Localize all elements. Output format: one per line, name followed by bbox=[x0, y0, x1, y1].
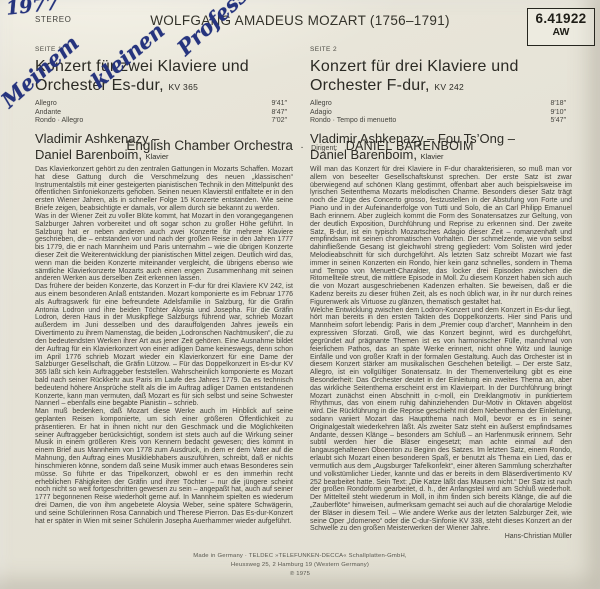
movement-row: Rondo · Tempo di menuetto 5′47″ bbox=[310, 117, 566, 126]
kv-number: KV 242 bbox=[434, 82, 464, 92]
side-label: SEITE 1 bbox=[35, 46, 293, 53]
movement-name: Rondo · Allegro bbox=[35, 117, 83, 126]
orchestra-name: English Chamber Orchestra bbox=[126, 138, 293, 153]
catalog-number: 6.41922 bbox=[528, 11, 594, 26]
liner-notes: Das Klavierkonzert gehört zu den zentral… bbox=[35, 166, 572, 541]
movement-duration: 8′47″ bbox=[272, 109, 287, 118]
work-title: Konzert für drei Klaviere und Orchester … bbox=[310, 57, 572, 97]
imprint-line: Made in Germany · TELDEC »TELEFUNKEN-DEC… bbox=[0, 552, 600, 561]
copyright-year: ℗ 1975 bbox=[0, 570, 600, 579]
movement-duration: 8′18″ bbox=[551, 100, 566, 109]
conductor-name: DANIEL BARENBOIM bbox=[346, 139, 474, 153]
kv-number: KV 365 bbox=[168, 82, 198, 92]
work-title-line1: Konzert für zwei Klaviere und bbox=[35, 58, 249, 75]
liner-notes-author: Hans-Christian Müller bbox=[310, 533, 572, 541]
movement-name: Adagio bbox=[310, 109, 332, 118]
movement-duration: 5′47″ bbox=[551, 117, 566, 126]
movement-list: Allegro 9′41″ Andante 8′47″ Rondo · Alle… bbox=[35, 100, 293, 126]
conductor-label: Dirigent: bbox=[311, 145, 337, 152]
movement-row: Allegro 9′41″ bbox=[35, 100, 287, 109]
movement-name: Rondo · Tempo di menuetto bbox=[310, 117, 396, 126]
liner-notes-right-column: Will man das Konzert für drei Klaviere i… bbox=[310, 166, 572, 541]
liner-notes-paragraph: Das frühere der beiden Konzerte, das Kon… bbox=[35, 283, 293, 408]
movement-row: Allegro 8′18″ bbox=[310, 100, 566, 109]
movement-name: Allegro bbox=[35, 100, 57, 109]
movement-row: Rondo · Allegro 7′02″ bbox=[35, 117, 287, 126]
work-title-line2: Orchester Es-dur, bbox=[35, 77, 164, 94]
work-title: Konzert für zwei Klaviere und Orchester … bbox=[35, 57, 293, 97]
movement-duration: 7′02″ bbox=[272, 117, 287, 126]
liner-notes-left-column: Das Klavierkonzert gehört zu den zentral… bbox=[35, 166, 293, 541]
work-title-line2: Orchester F-dur, bbox=[310, 77, 430, 94]
movement-duration: 9′10″ bbox=[551, 109, 566, 118]
movement-name: Allegro bbox=[310, 100, 332, 109]
work-title-line1: Konzert für drei Klaviere und bbox=[310, 58, 519, 75]
movement-list: Allegro 8′18″ Adagio 9′10″ Rondo · Tempo… bbox=[310, 100, 572, 126]
catalog-suffix: AW bbox=[528, 26, 594, 39]
liner-notes-paragraph: Will man das Konzert für drei Klaviere i… bbox=[310, 166, 572, 307]
side-label: SEITE 2 bbox=[310, 46, 572, 53]
movement-name: Andante bbox=[35, 109, 61, 118]
liner-notes-paragraph: Welche Entwicklung zwischen dem Lodron-K… bbox=[310, 307, 572, 534]
separator-dot: · bbox=[300, 142, 303, 153]
liner-notes-paragraph: Was in der Wiener Zeit zu voller Blüte k… bbox=[35, 213, 293, 283]
liner-notes-paragraph: Man muß bedenken, daß Mozart diese Werke… bbox=[35, 408, 293, 525]
movement-row: Andante 8′47″ bbox=[35, 109, 287, 118]
imprint-line: Heussweg 25, 2 Hamburg 19 (Western Germa… bbox=[0, 561, 600, 570]
album-back-cover: 1977 Meinem kleinen Professorchen STEREO… bbox=[0, 0, 600, 589]
composer-title: WOLFGANG AMADEUS MOZART (1756–1791) bbox=[0, 13, 600, 28]
catalog-number-box: 6.41922 AW bbox=[527, 8, 595, 46]
movement-duration: 9′41″ bbox=[272, 100, 287, 109]
liner-notes-right-paragraphs: Will man das Konzert für drei Klaviere i… bbox=[310, 166, 572, 533]
liner-notes-paragraph: Das Klavierkonzert gehört zu den zentral… bbox=[35, 166, 293, 213]
ensemble-line: English Chamber Orchestra · Dirigent: DA… bbox=[0, 137, 600, 155]
imprint-footer: Made in Germany · TELDEC »TELEFUNKEN-DEC… bbox=[0, 552, 600, 579]
movement-row: Adagio 9′10″ bbox=[310, 109, 566, 118]
